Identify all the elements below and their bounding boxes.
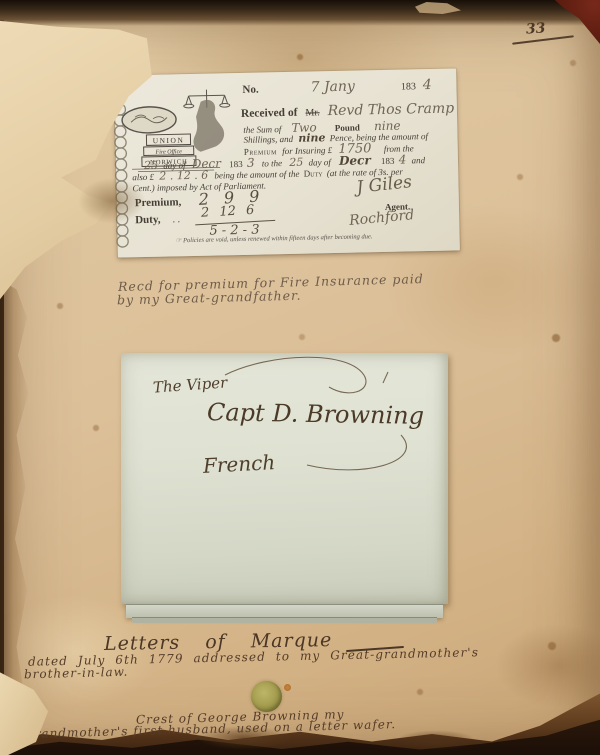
receipt-footnote: ☞ Policies are void, unless renewed with… <box>176 233 373 245</box>
duty-figures: 2 12 6 <box>201 204 255 222</box>
received-of-label: Received of <box>241 107 298 120</box>
folded-letter: The Viper Capt D. Browning French <box>121 353 448 604</box>
struck-mr: Mr. <box>305 107 319 118</box>
fire-insurance-receipt: UNION Fire Office NORWICH No. 7 Jany 183… <box>114 68 460 257</box>
and-word: and <box>412 155 426 165</box>
dayof2: day of <box>308 157 330 167</box>
printed-183-a: 183 <box>229 159 243 169</box>
payer-name: Revd Thos Cramp <box>327 100 454 119</box>
duty-value: 2 . 12 . 6 <box>159 169 208 183</box>
agent-place: Rochford <box>349 207 415 229</box>
printed-183-b: 183 <box>381 156 395 166</box>
letter-fold-edge <box>126 604 443 618</box>
char-blotch <box>396 730 476 750</box>
to-the: to the <box>262 158 282 168</box>
album-photo: 33 UNION <box>0 0 600 755</box>
duty-dots: . . <box>172 214 180 225</box>
flap-shadow <box>78 178 146 224</box>
date-handwritten: 7 Jany <box>310 79 355 96</box>
letter-word-french: French <box>202 451 275 478</box>
seated-figure <box>193 99 225 151</box>
photo-dark-edge-top <box>0 0 600 26</box>
date-year: 4 <box>423 77 432 93</box>
date-printed: 183 <box>401 81 416 92</box>
emblem-label-union: UNION <box>153 136 185 146</box>
emblem-label-fire-office: Fire Office <box>155 148 183 156</box>
receipt-line-received: Received of Mr. Revd Thos Cramp <box>241 99 455 122</box>
agent-signature: J Giles <box>356 173 413 198</box>
no-label: No. <box>242 84 258 96</box>
receipt-line-number-date: No. 7 Jany 183 4 <box>242 76 432 98</box>
foxing-spot <box>284 684 291 691</box>
duty-mid: being the amount of the <box>214 169 299 181</box>
duty-word: Duty <box>304 168 323 178</box>
marque-caption-line2: brother-in-law. <box>24 666 129 683</box>
letter-captain-name: Capt D. Browning <box>207 399 424 430</box>
letter-fold-edge-inner <box>132 617 437 623</box>
scales-beam <box>189 95 225 96</box>
page-number: 33 <box>525 20 546 37</box>
year2: 4 <box>399 153 407 167</box>
wax-wafer-seal <box>251 681 282 712</box>
